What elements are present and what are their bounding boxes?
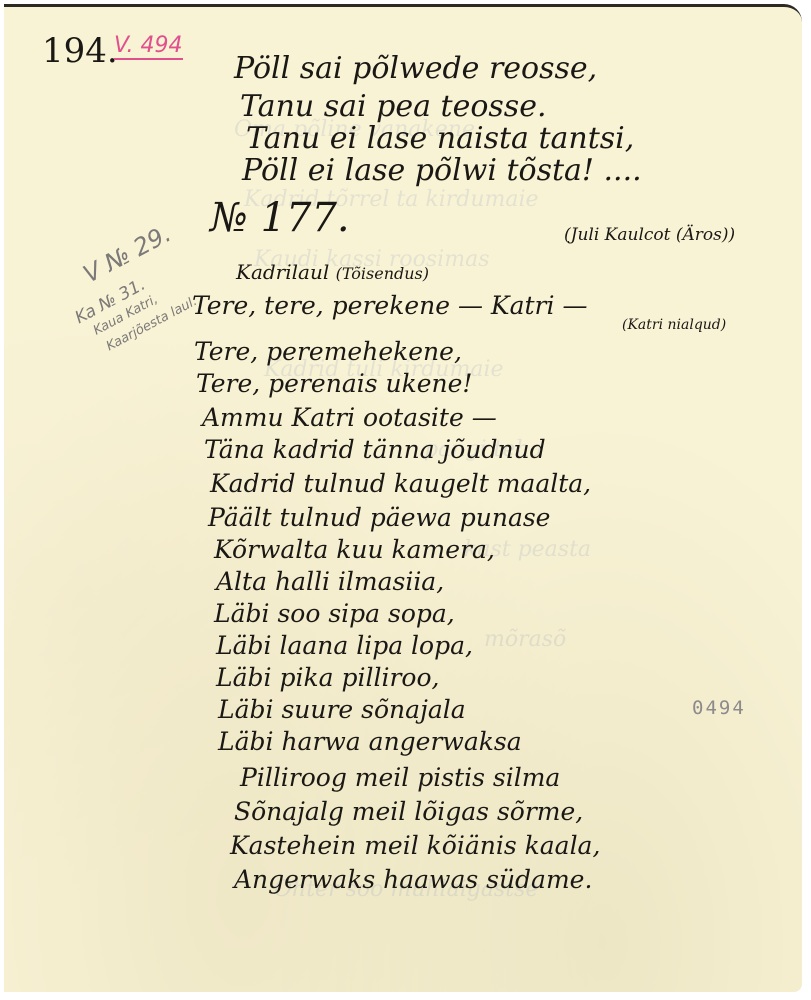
song-line: Tere, tere, perekene — Katri — (192, 291, 587, 320)
song-line: Sõnajalg meil lõigas sõrme, (234, 797, 583, 826)
song-line: Alta halli ilmasiia, (216, 567, 444, 596)
song-title-text: Kadrilaul (236, 260, 329, 284)
song-line: Läbi laana lipa lopa, (216, 631, 473, 660)
song-line: Läbi harwa angerwaksa (218, 727, 522, 756)
song-line: Kõrwalta kuu kamera, (214, 535, 495, 564)
song-line: Kadrid tulnud kaugelt maalta, (210, 469, 591, 498)
archive-stamp: 0494 (692, 697, 746, 719)
song-line: Läbi suure sõnajala (218, 695, 466, 724)
song-title: Kadrilaul (Tõisendus) (236, 260, 429, 284)
stanza-line: Pöll ei lase põlwi tõsta! .... (242, 153, 642, 188)
song-number: № 177. (210, 195, 350, 241)
manuscript-page: Oma põline vanakene Kadrid tõrrel ta kir… (4, 4, 802, 992)
stanza-line: Tanu ei lase naista tantsi, (246, 121, 634, 156)
song-line: Ammu Katri ootasite — (202, 403, 497, 432)
stanza-line: Tanu sai pea teosse. (240, 89, 547, 124)
song-line: Kastehein meil kõiänis kaala, (230, 831, 600, 860)
song-line: Pilliroog meil pistis silma (240, 763, 560, 792)
song-line: Päält tulnud päewa punase (208, 503, 550, 532)
first-line-note: (Katri nialqud) (622, 317, 726, 333)
song-line-text: Täna kadrid tänna jõudnud (204, 435, 546, 464)
song-line: Täna kadrid tänna jõudnud (204, 435, 546, 464)
item-number: 194. (42, 31, 118, 71)
song-line: Tere, peremehekene, (194, 337, 462, 366)
song-title-note: (Tõisendus) (336, 264, 429, 283)
song-line: Läbi soo sipa sopa, (214, 599, 455, 628)
song-line: Tere, perenais ukene! (196, 369, 472, 398)
archive-reference: V. 494 (114, 33, 183, 60)
informant-note: (Juli Kaulcot (Äros)) (564, 225, 735, 245)
stanza-line: Pöll sai põlwede reosse, (234, 51, 597, 86)
song-line: Läbi pika pilliroo, (216, 663, 439, 692)
song-line: Angerwaks haawas südame. (234, 865, 592, 894)
bleed-through-text: mõrasõ (484, 627, 566, 652)
margin-note-line: V № 29. (79, 219, 176, 288)
